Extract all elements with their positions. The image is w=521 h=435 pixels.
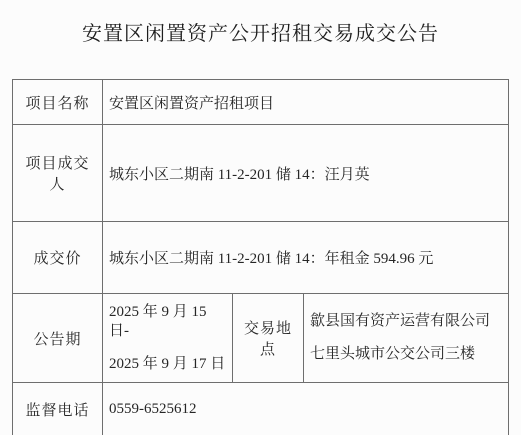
trade-location-label: 交易地点 <box>232 294 303 383</box>
page-title: 安置区闲置资产公开招租交易成交公告 <box>0 0 521 46</box>
price-value: 城东小区二期南 11-2-201 储 14：年租金 594.96 元 <box>102 222 508 294</box>
announcement-period-label: 公告期 <box>12 294 102 383</box>
phone-value: 0559-6525612 <box>102 383 508 435</box>
announcement-period-line2: 2025 年 9 月 17 日 <box>109 348 226 381</box>
price-label: 成交价 <box>12 222 102 294</box>
table-row-project-name: 项目名称 安置区闲置资产招租项目 <box>12 80 508 125</box>
phone-label: 监督电话 <box>12 383 102 435</box>
winner-value: 城东小区二期南 11-2-201 储 14：汪月英 <box>102 125 508 222</box>
project-name-label: 项目名称 <box>12 80 102 125</box>
table-row-price: 成交价 城东小区二期南 11-2-201 储 14：年租金 594.96 元 <box>12 222 508 294</box>
trade-location-value: 歙县国有资产运营有限公司 七里头城市公交公司三楼 <box>303 294 508 383</box>
winner-label: 项目成交人 <box>12 125 102 222</box>
announcement-table: 项目名称 安置区闲置资产招租项目 项目成交人 城东小区二期南 11-2-201 … <box>12 79 509 435</box>
project-name-value: 安置区闲置资产招租项目 <box>102 80 508 125</box>
table-row-winner: 项目成交人 城东小区二期南 11-2-201 储 14：汪月英 <box>12 125 508 222</box>
table-row-phone: 监督电话 0559-6525612 <box>12 383 508 435</box>
table-row-announcement-period: 公告期 2025 年 9 月 15 日- 2025 年 9 月 17 日 交易地… <box>12 294 508 383</box>
announcement-period-line1: 2025 年 9 月 15 日- <box>109 296 226 348</box>
trade-location-line2: 七里头城市公交公司三楼 <box>310 338 502 371</box>
trade-location-line1: 歙县国有资产运营有限公司 <box>310 305 502 338</box>
announcement-period-value: 2025 年 9 月 15 日- 2025 年 9 月 17 日 <box>102 294 232 383</box>
